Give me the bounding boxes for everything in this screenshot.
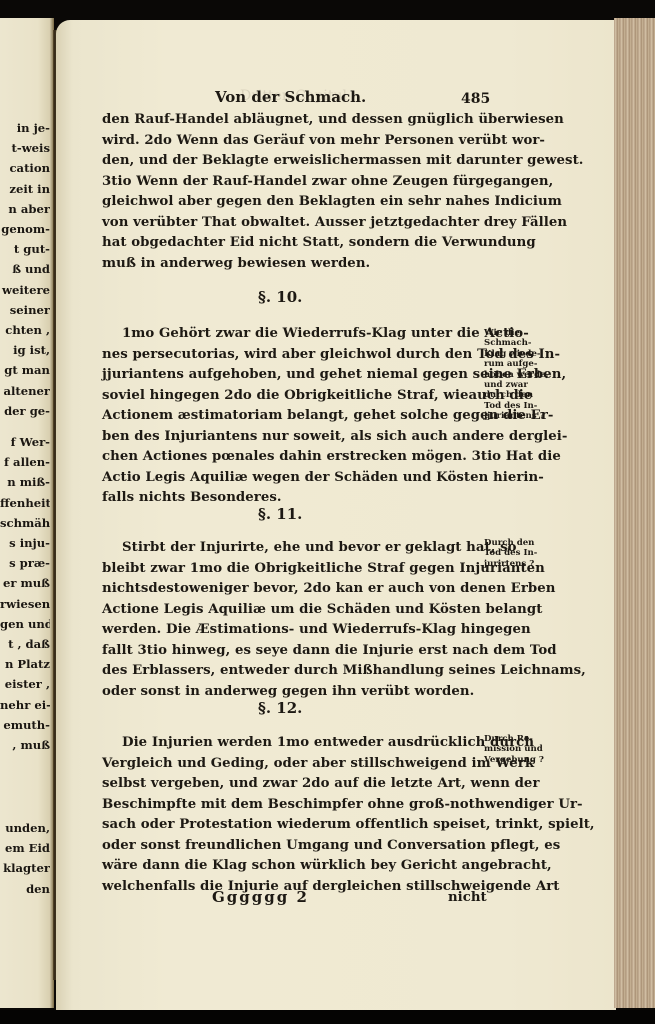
background-shadow [0, 1010, 655, 1024]
left-page-text-fragment: f Wer-f allen-n miß-ffenheitschmäh-s inj… [0, 432, 50, 755]
text-line: werden. Die Æstimations- und Wiederrufs-… [102, 620, 480, 640]
text-line: ben des Injuriantens nur soweit, als sic… [102, 427, 480, 447]
text-line: des Erblassers, entweder durch Mißhandlu… [102, 661, 480, 681]
text-line: oder sonst in anderweg gegen ihn verübt … [102, 682, 480, 702]
page-number: 485 [461, 91, 490, 107]
text-line: von verübter That obwaltet. Ausser jetzt… [102, 213, 480, 233]
text-line: jjuriantens aufgehoben, und gehet niemal… [102, 365, 480, 385]
text-line: wäre dann die Klag schon würklich bey Ge… [102, 856, 480, 876]
text-line: nes persecutorias, wird aber gleichwol d… [102, 345, 480, 365]
text-line: fallt 3tio hinweg, es seye dann die Inju… [102, 641, 480, 661]
running-head: Von der Schmach. [215, 88, 366, 106]
text-line: nichtsdestoweniger bevor, 2do kan er auc… [102, 579, 480, 599]
text-line: falls nichts Besonderes. [102, 488, 480, 508]
text-line: Actionem æstimatoriam belangt, gehet sol… [102, 406, 480, 426]
text-line: den, und der Beklagte erweislichermassen… [102, 151, 480, 171]
text-line: muß in anderweg bewiesen werden. [102, 254, 480, 274]
text-line: sach oder Protestation wiederum offentli… [102, 815, 480, 835]
text-line: den Rauf-Handel abläugnet, und dessen gn… [102, 110, 480, 130]
text-line: bleibt zwar 1mo die Obrigkeitliche Straf… [102, 559, 480, 579]
section-heading-10: §. 10. [258, 288, 302, 306]
text-line: Vergleich und Geding, oder aber stillsch… [102, 754, 480, 774]
text-line: Actio Legis Aquiliæ wegen der Schäden un… [102, 468, 480, 488]
text-line: welchenfalls die Injurie auf dergleichen… [102, 877, 480, 897]
text-line: gleichwol aber gegen den Beklagten ein s… [102, 192, 480, 212]
text-line: Actione Legis Aquiliæ um die Schäden und… [102, 600, 480, 620]
text-line: soviel hingegen 2do die Obrigkeitliche S… [102, 386, 480, 406]
text-line: Beschimpfte mit dem Beschimpfer ohne gro… [102, 795, 480, 815]
section-heading-12: §. 12. [258, 699, 302, 717]
text-line: wird. 2do Wenn das Geräuf von mehr Perso… [102, 131, 480, 151]
text-line: chen Actiones pœnales dahin erstrecken m… [102, 447, 480, 467]
left-page-text-fragment: in je-t-weiscationzeit inn abergenom-t g… [0, 118, 50, 421]
text-line: 1mo Gehört zwar die Wiederrufs-Klag unte… [122, 324, 500, 344]
text-line: 3tio Wenn der Rauf-Handel zwar ohne Zeug… [102, 172, 480, 192]
text-line: hat obgedachter Eid nicht Statt, sondern… [102, 233, 480, 253]
page-edges [614, 18, 655, 1008]
left-page-text-fragment: unden,em Eidklagterden [0, 818, 50, 899]
text-line: Die Injurien werden 1mo entweder ausdrüc… [122, 733, 500, 753]
text-line: Stirbt der Injurirte, ehe und bevor er g… [122, 538, 500, 558]
text-line: oder sonst freundlichen Umgang und Conve… [102, 836, 480, 856]
text-line: selbst vergeben, und zwar 2do auf die le… [102, 774, 480, 794]
